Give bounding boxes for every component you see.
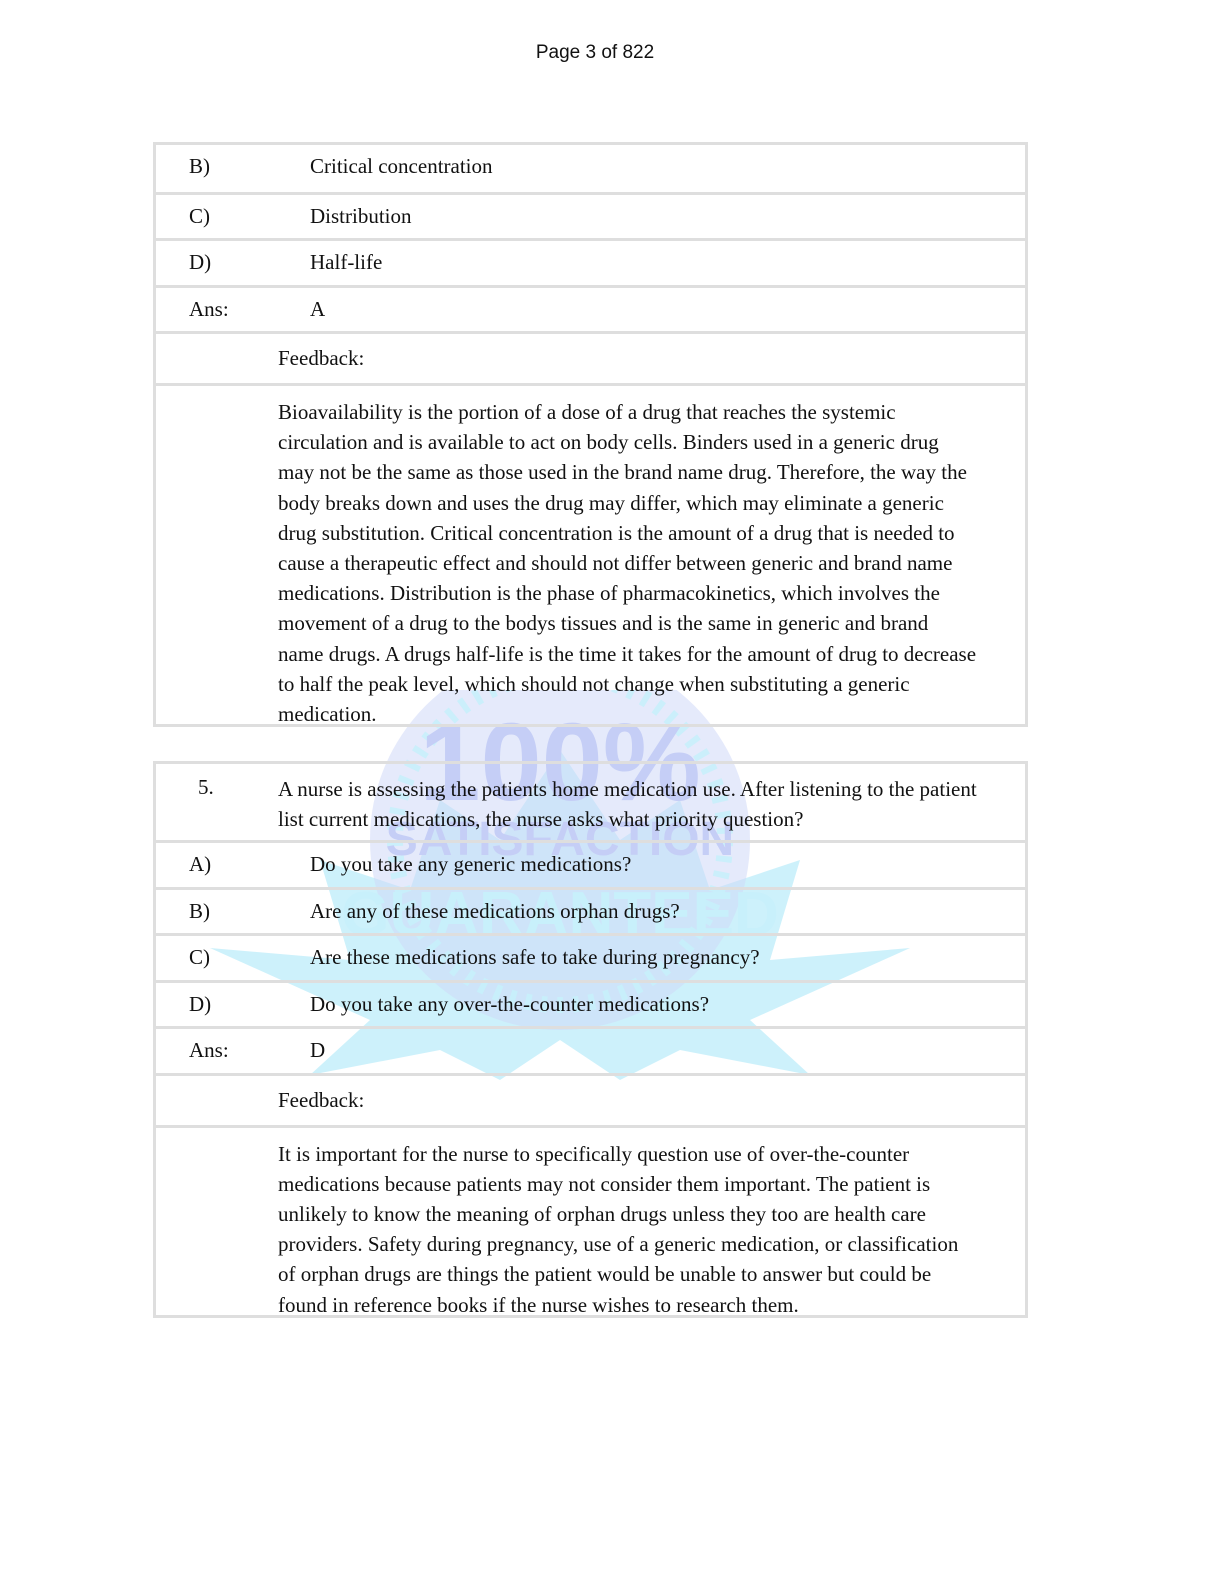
answer-row: Ans: D	[156, 1026, 1025, 1073]
feedback-text: Bioavailability is the portion of a dose…	[278, 397, 978, 735]
option-text: Are any of these medications orphan drug…	[310, 899, 680, 924]
option-label: A)	[189, 852, 211, 877]
question-stem: A nurse is assessing the patients home m…	[278, 774, 988, 834]
feedback-header-row: Feedback:	[156, 1073, 1025, 1125]
feedback-label: Feedback:	[278, 343, 978, 373]
option-label: D)	[189, 992, 211, 1017]
option-text: Do you take any generic medications?	[310, 852, 631, 877]
option-label: C)	[189, 204, 210, 229]
question-number: 5.	[198, 775, 214, 800]
option-label: C)	[189, 945, 210, 970]
option-text: Critical concentration	[310, 154, 493, 179]
answer-label: Ans:	[189, 297, 229, 322]
option-label: B)	[189, 154, 210, 179]
question-stem-row: 5. A nurse is assessing the patients hom…	[156, 764, 1025, 840]
option-label: B)	[189, 899, 210, 924]
page-indicator: Page 3 of 822	[0, 42, 1190, 64]
option-row-c: C) Are these medications safe to take du…	[156, 933, 1025, 980]
option-row-b: B) Are any of these medications orphan d…	[156, 887, 1025, 934]
feedback-header-row: Feedback:	[156, 331, 1025, 383]
option-row-b: B) Critical concentration	[156, 145, 1025, 192]
option-row-d: D) Half-life	[156, 238, 1025, 285]
option-text: Are these medications safe to take durin…	[310, 945, 760, 970]
feedback-body-row: It is important for the nurse to specifi…	[156, 1125, 1025, 1315]
feedback-text: It is important for the nurse to specifi…	[278, 1139, 978, 1326]
option-row-d: D) Do you take any over-the-counter medi…	[156, 980, 1025, 1027]
answer-label: Ans:	[189, 1038, 229, 1063]
question-5-table: 5. A nurse is assessing the patients hom…	[153, 761, 1028, 1318]
feedback-label: Feedback:	[278, 1085, 978, 1115]
option-row-c: C) Distribution	[156, 192, 1025, 239]
answer-row: Ans: A	[156, 285, 1025, 332]
answer-value: A	[310, 297, 325, 322]
option-text: Half-life	[310, 250, 382, 275]
option-label: D)	[189, 250, 211, 275]
question-4-table: B) Critical concentration C) Distributio…	[153, 142, 1028, 727]
answer-value: D	[310, 1038, 325, 1063]
feedback-body-row: Bioavailability is the portion of a dose…	[156, 383, 1025, 724]
option-text: Do you take any over-the-counter medicat…	[310, 992, 709, 1017]
option-row-a: A) Do you take any generic medications?	[156, 840, 1025, 887]
option-text: Distribution	[310, 204, 412, 229]
